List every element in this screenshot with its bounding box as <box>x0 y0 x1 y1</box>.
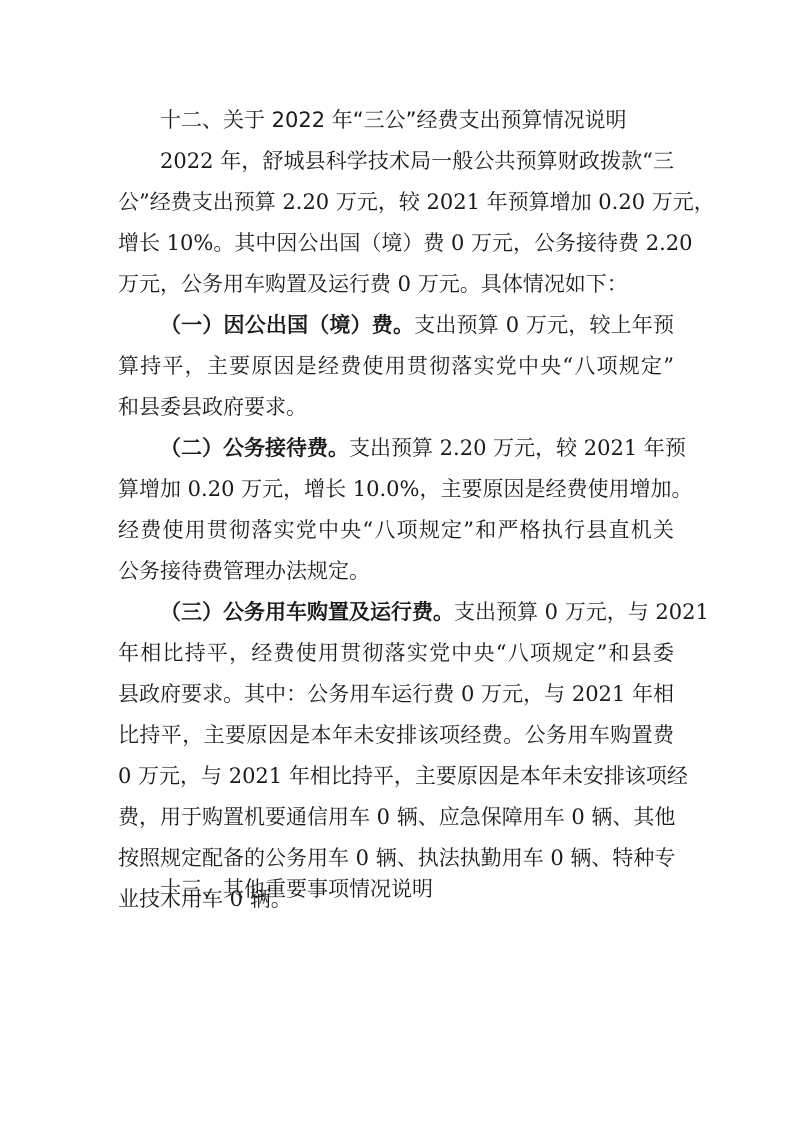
document-page: 十二、关于 2022 年“三公”经费支出预算情况说明 2022 年，舒城县科学技… <box>0 0 793 1122</box>
item-3-text: 支出预算 0 万元，与 2021 <box>454 600 709 624</box>
section-13-heading: 十三、其他重要事项情况说明 <box>160 875 674 903</box>
item-1-label: （一）因公出国（境）费。 <box>160 312 414 337</box>
paragraph-line: 0 万元，与 2021 年相比持平，主要原因是本年未安排该项经 <box>118 762 674 790</box>
item-2-first-line: （二）公务接待费。支出预算 2.20 万元，较 2021 年预 <box>160 434 674 462</box>
paragraph-line: 2022 年，舒城县科学技术局一般公共预算财政拨款“三 <box>160 147 674 175</box>
paragraph-line: 年相比持平，经费使用贯彻落实党中央“八项规定”和县委 <box>118 639 674 667</box>
item-1-first-line: （一）因公出国（境）费。支出预算 0 万元，较上年预 <box>160 311 674 339</box>
paragraph-line: 公务接待费管理办法规定。 <box>118 557 674 585</box>
item-2-label: （二）公务接待费。 <box>160 435 349 460</box>
item-3-first-line: （三）公务用车购置及运行费。支出预算 0 万元，与 2021 <box>160 598 674 626</box>
paragraph-line: 和县委县政府要求。 <box>118 393 674 421</box>
paragraph-line: 增长 10%。其中因公出国（境）费 0 万元，公务接待费 2.20 <box>118 229 674 257</box>
paragraph-line: 比持平，主要原因是本年未安排该项经费。公务用车购置费 <box>118 721 674 749</box>
paragraph-line: 按照规定配备的公务用车 0 辆、执法执勤用车 0 辆、特种专 <box>118 844 674 872</box>
paragraph-line: 万元，公务用车购置及运行费 0 万元。具体情况如下： <box>118 270 674 298</box>
paragraph-line: 县政府要求。其中：公务用车运行费 0 万元，与 2021 年相 <box>118 680 674 708</box>
paragraph-line: 费，用于购置机要通信用车 0 辆、应急保障用车 0 辆、其他 <box>118 803 674 831</box>
item-1-text: 支出预算 0 万元，较上年预 <box>414 313 674 337</box>
item-3-label: （三）公务用车购置及运行费。 <box>160 599 454 624</box>
paragraph-line: 公”经费支出预算 2.20 万元，较 2021 年预算增加 0.20 万元， <box>118 188 674 216</box>
section-12-heading: 十二、关于 2022 年“三公”经费支出预算情况说明 <box>160 106 674 134</box>
paragraph-line: 算持平，主要原因是经费使用贯彻落实党中央“八项规定” <box>118 352 674 380</box>
paragraph-line: 经费使用贯彻落实党中央“八项规定”和严格执行县直机关 <box>118 516 674 544</box>
item-2-text: 支出预算 2.20 万元，较 2021 年预 <box>349 436 686 460</box>
paragraph-line: 算增加 0.20 万元，增长 10.0%，主要原因是经费使用增加。 <box>118 475 674 503</box>
